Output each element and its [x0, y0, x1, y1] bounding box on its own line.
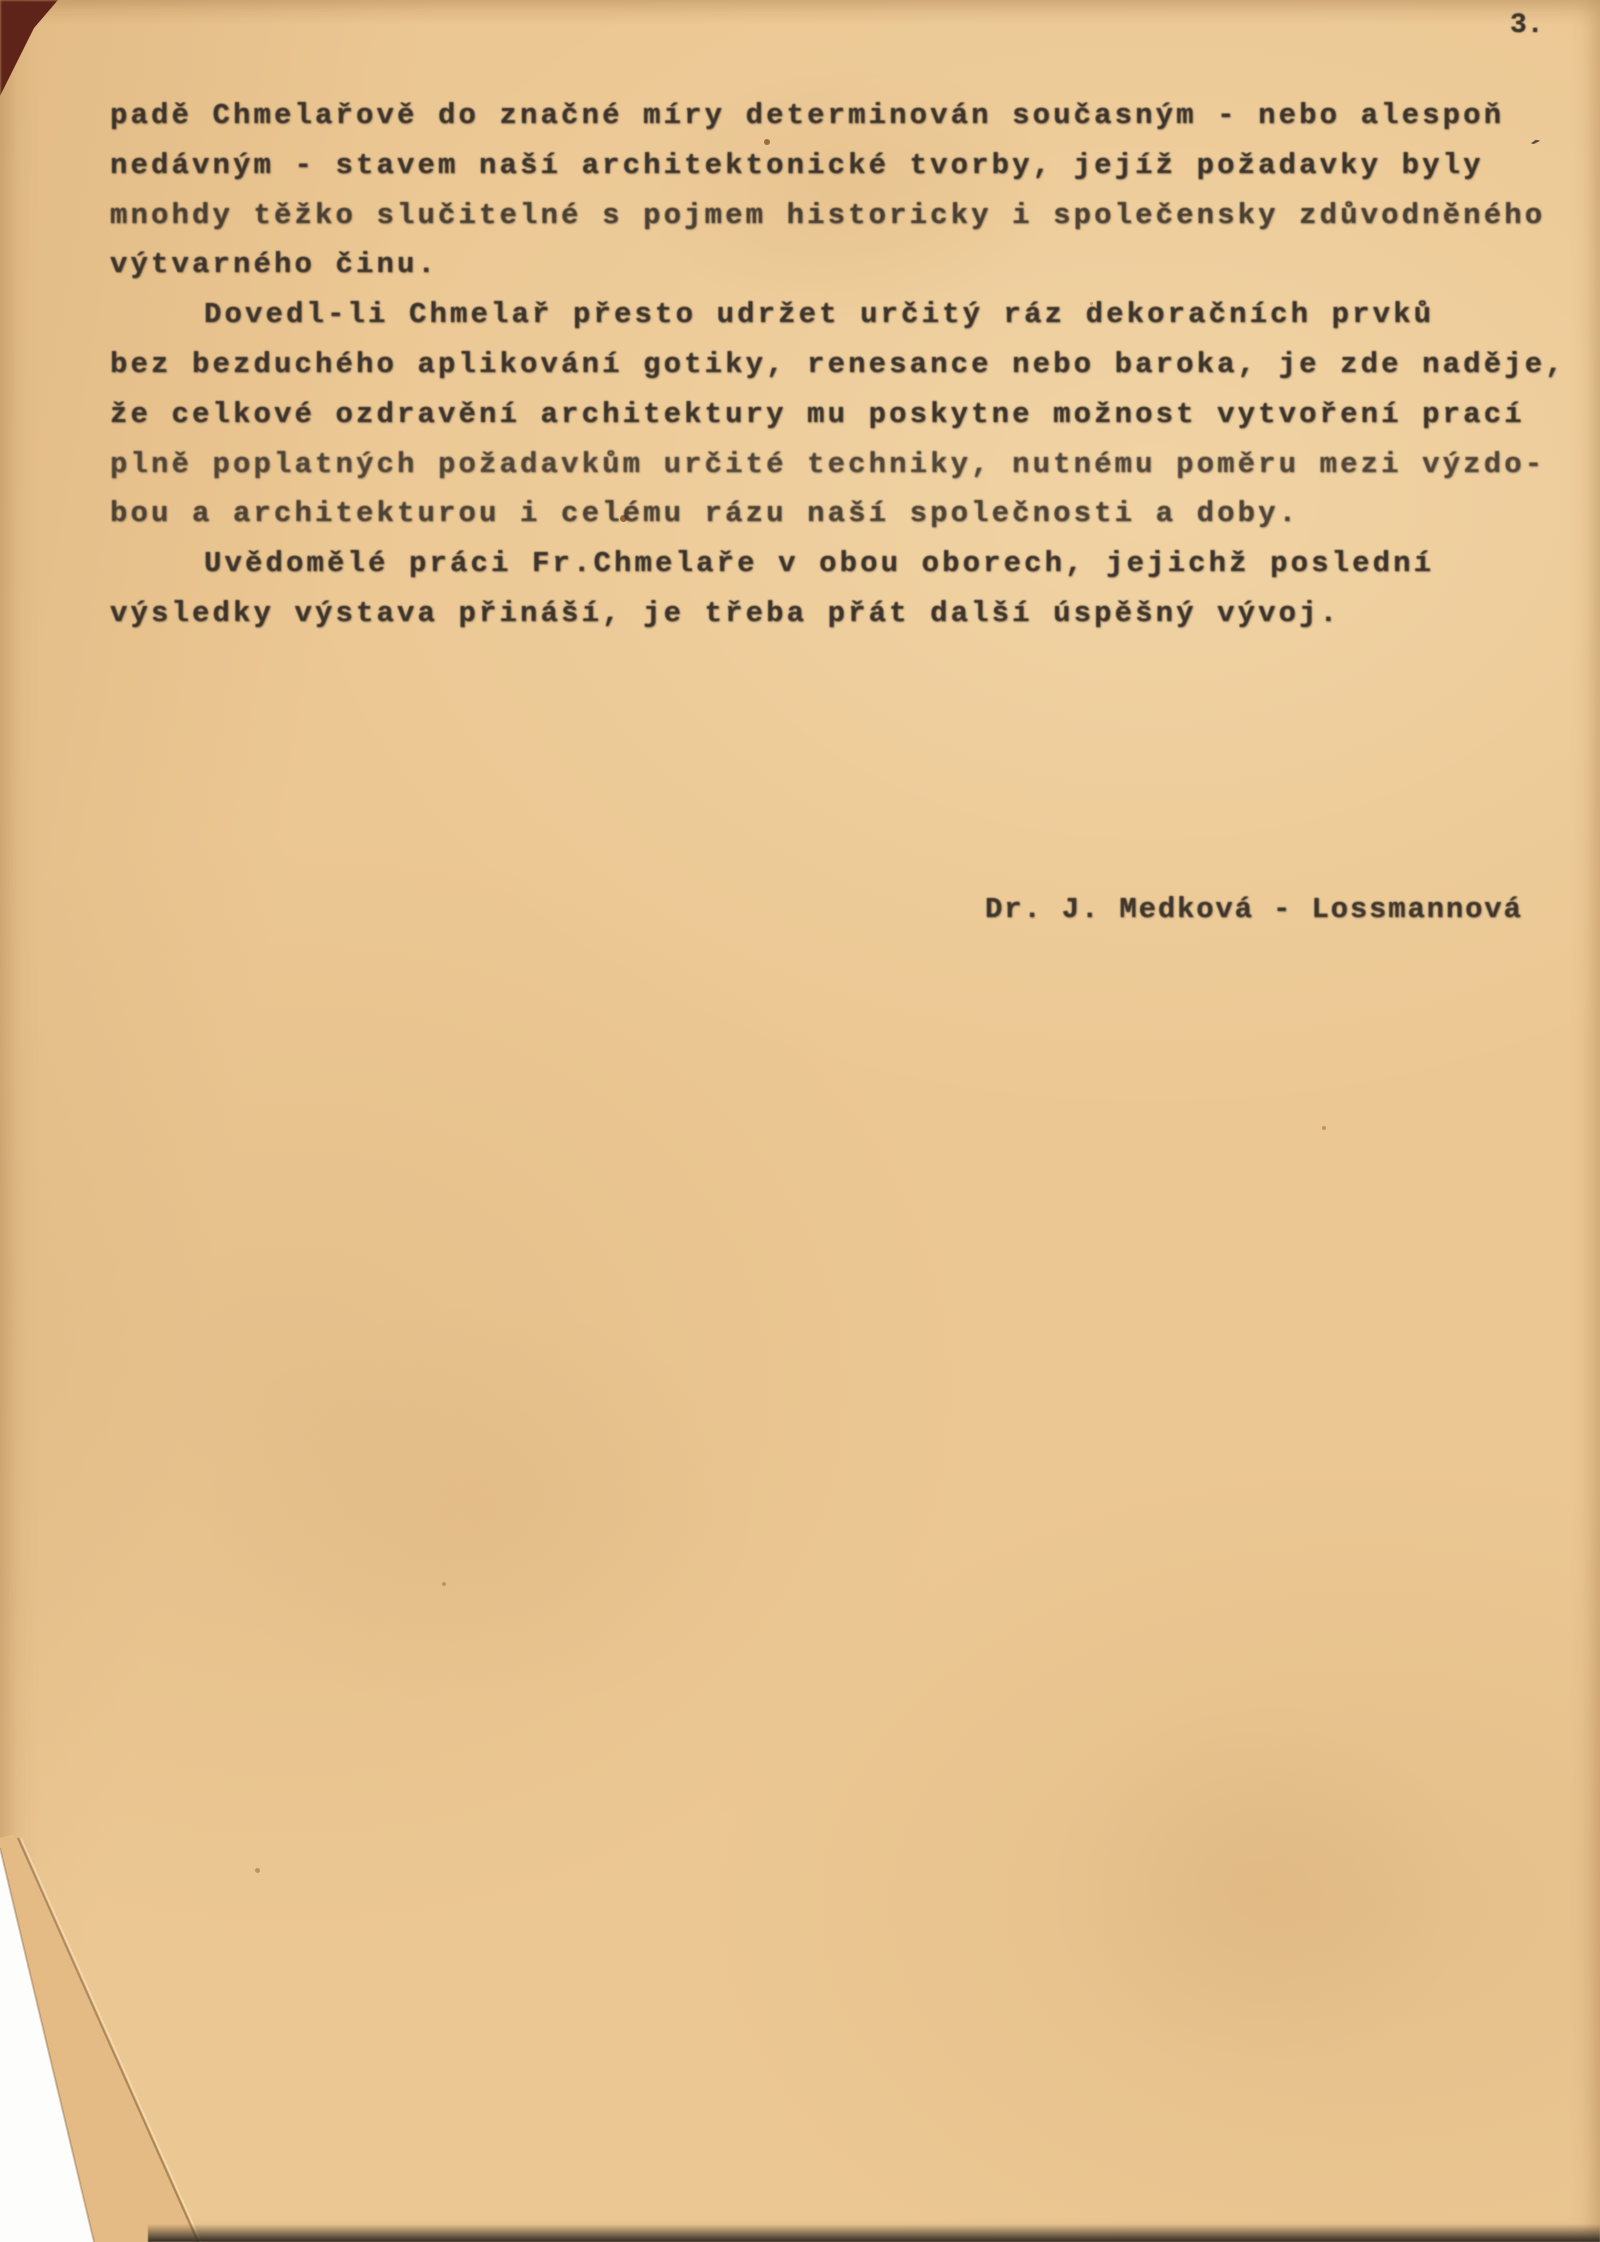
- typewritten-text-block: padě Chmelařově do značné míry determino…: [110, 99, 1570, 647]
- typewritten-line: bou a architekturou i celému rázu naší s…: [110, 497, 1570, 547]
- typewritten-line: Dovedl-li Chmelař přesto udržet určitý r…: [110, 298, 1570, 348]
- typewritten-line: bez bezduchého aplikování gotiky, renesa…: [110, 348, 1570, 398]
- typewritten-line: že celkové ozdravění architektury mu pos…: [110, 398, 1570, 448]
- signature-line: Dr. J. Medková - Lossmannová: [985, 893, 1523, 926]
- page-number: 3.: [1510, 10, 1544, 41]
- bottom-left-page-edge: [0, 1834, 260, 2242]
- bottom-edge-shadow: [148, 2224, 1600, 2242]
- typewritten-line: výtvarného činu.: [110, 248, 1570, 298]
- ink-speck: [442, 1582, 446, 1586]
- typewritten-line: výsledky výstava přináší, je třeba přát …: [110, 597, 1570, 647]
- scanned-document-page: 3. padě Chmelařově do značné míry determ…: [0, 0, 1600, 2242]
- ink-speck: [1322, 1126, 1326, 1130]
- typewritten-line: padě Chmelařově do značné míry determino…: [110, 99, 1570, 149]
- typewritten-line: plně poplatných požadavkům určité techni…: [110, 448, 1570, 498]
- typewritten-line: nedávným - stavem naší architektonické t…: [110, 149, 1570, 199]
- typewritten-line: Uvědomělé práci Fr.Chmelaře v obou obore…: [110, 547, 1570, 597]
- typewritten-line: mnohdy těžko slučitelné s pojmem histori…: [110, 199, 1570, 249]
